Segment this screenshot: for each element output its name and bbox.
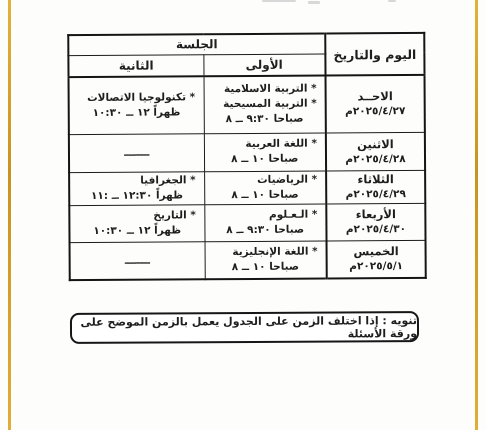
day-date-cell: الخميس ٢٠٢٥/٥/١م <box>327 240 426 279</box>
subject: * الرياضيات <box>207 172 324 188</box>
day-date: ٢٠٢٥/٤/٢٩م <box>329 187 422 202</box>
table-row-thursday: الخميس ٢٠٢٥/٥/١م * اللغة الإنجليزية ٨ ــ… <box>70 240 426 280</box>
first-session-cell: * اللغة العربية ٨ ــ ١٠ صباحا <box>204 133 326 172</box>
header-row-session: اليوم والتاريخ الجلسة <box>68 33 424 55</box>
page-edge-rule-right <box>475 0 478 430</box>
first-session-cell: * التربية الاسلامية * التربية المسيحية ٨… <box>204 76 326 134</box>
scan-artifact <box>262 0 296 2</box>
second-session-cell: * تكنولوجيا الاتصالات ١٠:٣٠ ــ ١٢ ظهراً <box>69 76 204 134</box>
first-session-cell: * الـعـلوم ٨ ــ ٩:٣٠ صباحا <box>204 204 326 242</box>
subject: * التربية الاسلامية <box>206 82 323 98</box>
session-time: ٨ ــ ٩:٣٠ صباحا <box>206 112 323 128</box>
second-session-cell: ـــــــ <box>69 133 204 172</box>
table-row-wednesday: الأربعاء ٢٠٢٥/٤/٣٠م * الـعـلوم ٨ ــ ٩:٣٠… <box>69 203 425 242</box>
scanned-schedule-page: { "page": { "edge_line_color": "#d2a02a"… <box>0 0 486 430</box>
table-row-sunday: الاحــد ٢٠٢٥/٤/٢٧م * التربية الاسلامية *… <box>69 75 425 134</box>
session-time: ٨ ــ ٩:٣٠ صباحا <box>207 222 324 238</box>
session-time: ١٠:٣٠ ــ ١٢ ظهراً <box>72 105 202 121</box>
day-date: ٢٠٢٥/٤/٢٧م <box>329 104 422 119</box>
table-row-monday: الاثنين ٢٠٢٥/٤/٢٨م * اللغة العربية ٨ ــ … <box>69 132 425 172</box>
day-date: ٢٠٢٥/٤/٢٨م <box>329 151 422 166</box>
subject: * التربية المسيحية <box>206 97 323 113</box>
scan-artifact <box>308 1 320 4</box>
empty-session-dash: ـــــــ <box>73 253 203 268</box>
table-row-tuesday: الثلاثاء ٢٠٢٥/٤/٢٩م * الرياضيات ٨ ــ ١٠ … <box>69 170 425 205</box>
first-session-cell: * الرياضيات ٨ ــ ١٠ صباحا <box>204 171 326 205</box>
exam-schedule-table-wrapper: اليوم والتاريخ الجلسة الأولى الثانية الا… <box>67 32 427 281</box>
subject: * اللغة العربية <box>206 137 323 153</box>
day-name: الاثنين <box>329 136 422 152</box>
first-session-cell: * اللغة الإنجليزية ٨ ــ ١٠ صباحا <box>205 241 327 280</box>
day-name: الأربعاء <box>329 207 422 223</box>
header-second-session: الثانية <box>68 54 203 77</box>
day-date: ٢٠٢٥/٤/٣٠م <box>329 222 422 237</box>
second-session-cell: * التاريخ ١٠:٣٠ ــ ١٢ ظهراً <box>69 204 204 242</box>
empty-session-dash: ـــــــ <box>72 145 202 160</box>
subject: * اللغة الإنجليزية <box>207 244 324 260</box>
subject: * الـعـلوم <box>207 207 324 223</box>
page-edge-rule-left <box>8 0 11 430</box>
note-box: تنويه : إذا اختلف الزمن على الجدول يعمل … <box>70 311 419 344</box>
session-time: ٨ ــ ١٠ صباحا <box>207 187 324 203</box>
session-time: ٨ ــ ١٠ صباحا <box>207 259 324 275</box>
day-name: الاحــد <box>329 89 422 105</box>
session-time: ١١: ــ ١٢:٣٠ ظهراً <box>72 188 202 204</box>
subject: * التاريخ <box>72 208 202 224</box>
header-session: الجلسة <box>68 34 325 56</box>
day-date-cell: الاحــد ٢٠٢٥/٤/٢٧م <box>326 75 425 133</box>
second-session-cell: * الجغرافيا ١١: ــ ١٢:٣٠ ظهراً <box>69 171 204 205</box>
second-session-cell: ـــــــ <box>70 241 205 280</box>
subject: * الجغرافيا <box>72 173 202 189</box>
day-name: الثلاثاء <box>329 172 422 188</box>
header-day-date: اليوم والتاريخ <box>325 33 424 76</box>
day-name: الخميس <box>330 244 423 260</box>
note-text: تنويه : إذا اختلف الزمن على الجدول يعمل … <box>72 314 417 342</box>
subject: * تكنولوجيا الاتصالات <box>72 90 202 106</box>
scan-artifact <box>388 0 396 2</box>
session-time: ٨ ــ ١٠ صباحا <box>206 152 323 168</box>
day-date-cell: الأربعاء ٢٠٢٥/٤/٣٠م <box>326 203 425 241</box>
day-date-cell: الاثنين ٢٠٢٥/٤/٢٨م <box>326 132 425 171</box>
header-first-session: الأولى <box>203 54 325 77</box>
exam-schedule-table: اليوم والتاريخ الجلسة الأولى الثانية الا… <box>67 32 427 281</box>
day-date: ٢٠٢٥/٥/١م <box>330 259 423 274</box>
session-time: ١٠:٣٠ ــ ١٢ ظهراً <box>72 223 202 239</box>
day-date-cell: الثلاثاء ٢٠٢٥/٤/٢٩م <box>326 170 425 204</box>
